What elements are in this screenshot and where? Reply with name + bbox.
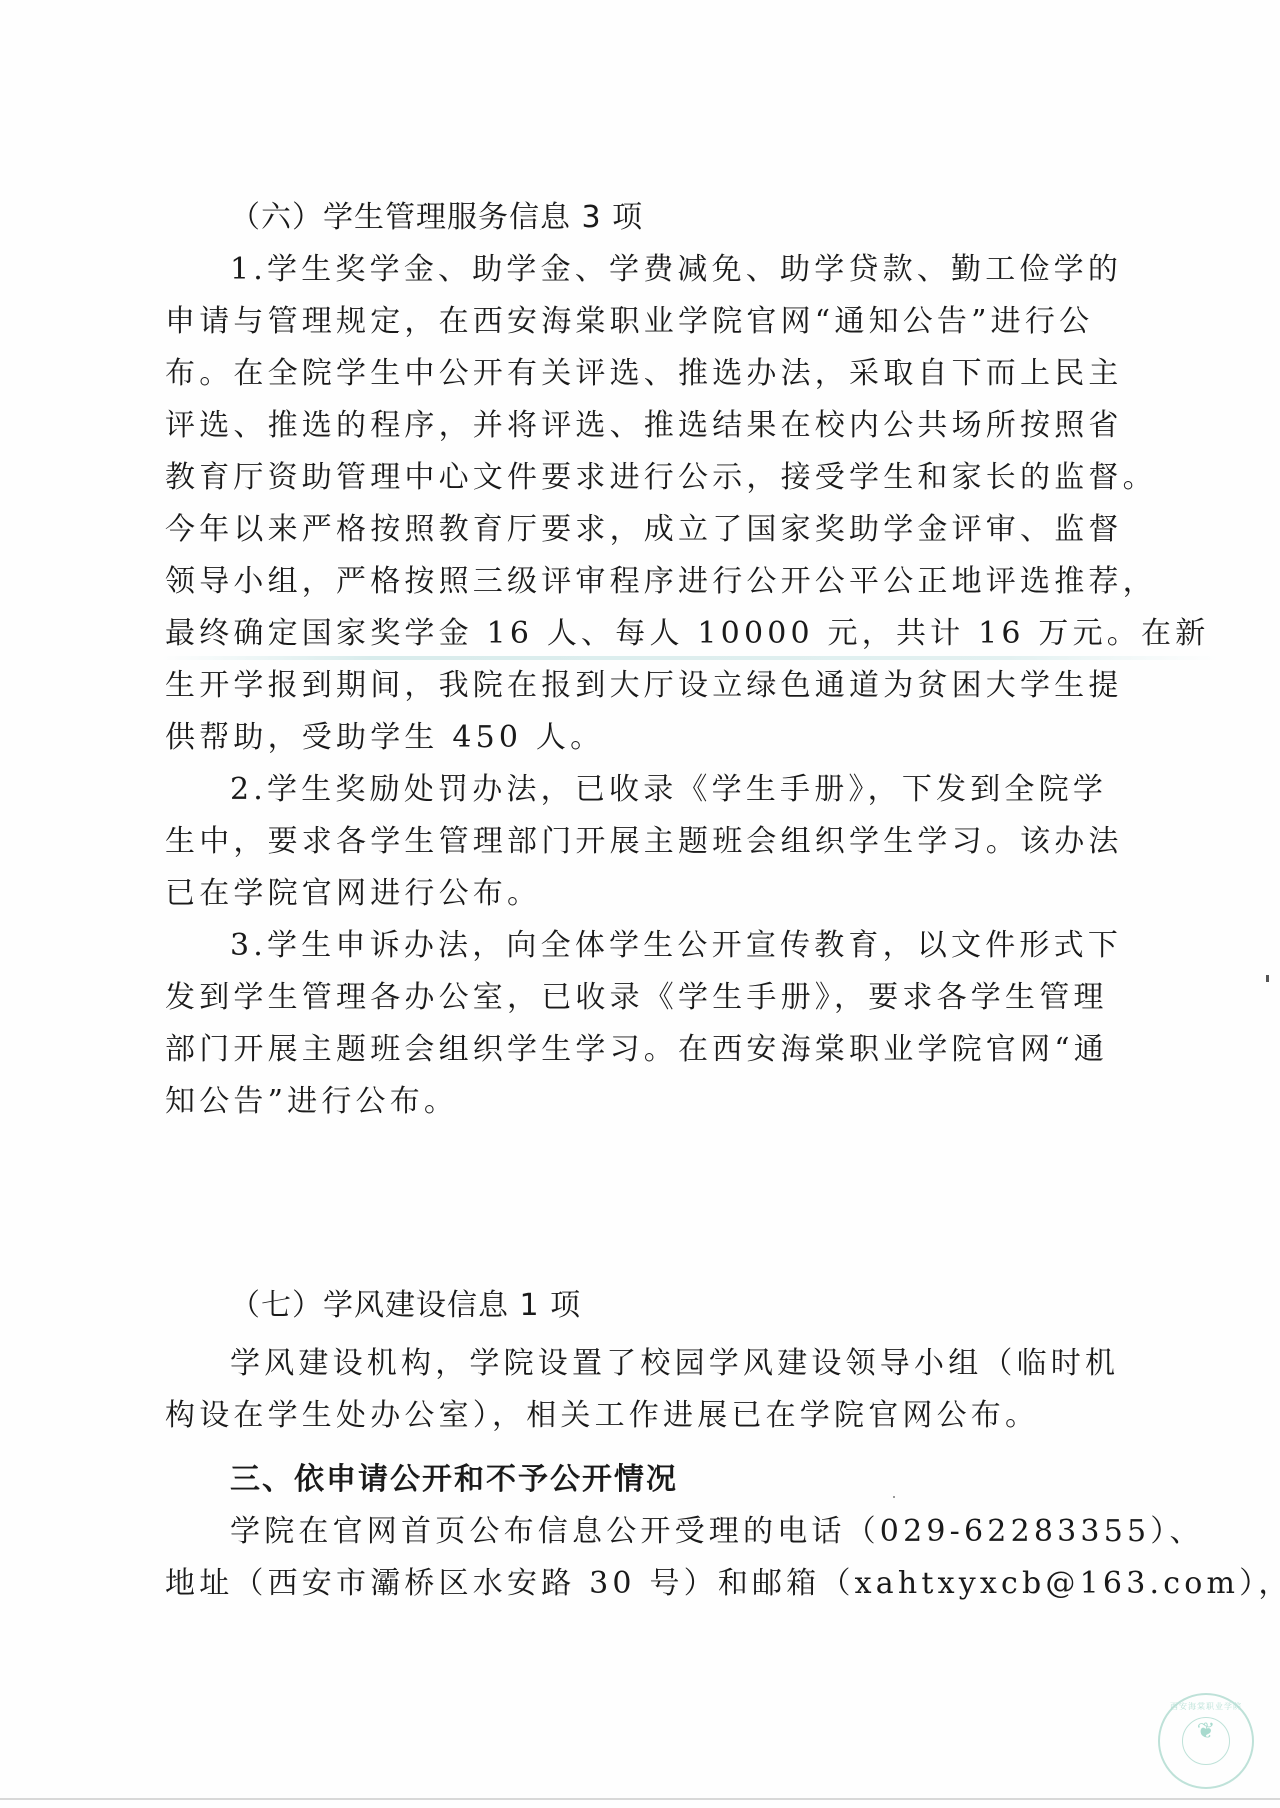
document-page: （六）学生管理服务信息 3 项 1.学生奖学金、助学金、学费减免、助学贷款、勤工… — [0, 0, 1280, 1808]
paragraph-line: 生中，要求各学生管理部门开展主题班会组织学生学习。该办法 — [165, 822, 1120, 862]
college-seal-stamp: 西安海棠职业学院 ❦ — [1158, 1693, 1254, 1789]
section-heading-student-services: （六）学生管理服务信息 3 项 — [230, 198, 643, 238]
paragraph-line: 1.学生奖学金、助学金、学费减免、助学贷款、勤工俭学的 — [230, 250, 1120, 290]
scan-speck — [1266, 975, 1269, 982]
paragraph-line: 知公告”进行公布。 — [165, 1082, 1120, 1122]
paragraph-line: 申请与管理规定，在西安海棠职业学院官网“通知公告”进行公 — [165, 302, 1120, 342]
section-heading-study-style: （七）学风建设信息 1 项 — [230, 1286, 581, 1326]
paragraph-line: 最终确定国家奖学金 16 人、每人 10000 元，共计 16 万元。在新 — [165, 614, 1120, 654]
paragraph-line: 2.学生奖励处罚办法，已收录《学生手册》，下发到全院学 — [230, 770, 1120, 810]
paragraph-line: 教育厅资助管理中心文件要求进行公示，接受学生和家长的监督。 — [165, 458, 1120, 498]
scan-speck — [893, 1496, 895, 1498]
paragraph-line: 已在学院官网进行公布。 — [165, 874, 1120, 914]
seal-ring-text: 西安海棠职业学院 — [1160, 1701, 1252, 1712]
paragraph-line: 学院在官网首页公布信息公开受理的电话（029-62283355）、 — [230, 1512, 1120, 1552]
paragraph-line: 部门开展主题班会组织学生学习。在西安海棠职业学院官网“通 — [165, 1030, 1120, 1070]
scan-artifact-streak — [160, 656, 1220, 660]
paragraph-line: 领导小组，严格按照三级评审程序进行公开公平公正地评选推荐， — [165, 562, 1120, 602]
section-heading-disclosure-on-request: 三、依申请公开和不予公开情况 — [230, 1460, 678, 1500]
crabapple-flower-icon: ❦ — [1160, 1721, 1252, 1743]
paragraph-line: 评选、推选的程序，并将评选、推选结果在校内公共场所按照省 — [165, 406, 1120, 446]
paragraph-line: 地址（西安市灞桥区水安路 30 号）和邮箱（xahtxyxcb@163.com）… — [165, 1564, 1120, 1604]
paragraph-line: 学风建设机构，学院设置了校园学风建设领导小组（临时机 — [230, 1344, 1120, 1384]
paragraph-line: 3.学生申诉办法，向全体学生公开宣传教育，以文件形式下 — [230, 926, 1120, 966]
paragraph-line: 生开学报到期间，我院在报到大厅设立绿色通道为贫困大学生提 — [165, 666, 1120, 706]
scan-bottom-edge — [0, 1798, 1280, 1800]
paragraph-line: 布。在全院学生中公开有关评选、推选办法，采取自下而上民主 — [165, 354, 1120, 394]
paragraph-line: 发到学生管理各办公室，已收录《学生手册》，要求各学生管理 — [165, 978, 1120, 1018]
paragraph-line: 构设在学生处办公室），相关工作进展已在学院官网公布。 — [165, 1396, 1120, 1436]
paragraph-line: 供帮助，受助学生 450 人。 — [165, 718, 1120, 758]
paragraph-line: 今年以来严格按照教育厅要求，成立了国家奖助学金评审、监督 — [165, 510, 1120, 550]
